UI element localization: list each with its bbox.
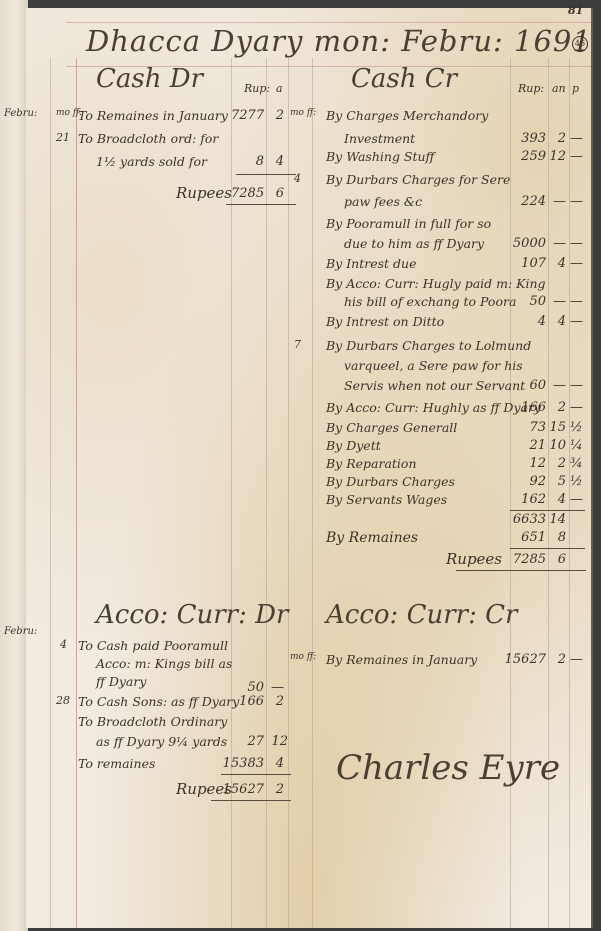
total-rupees: 7285 [486,552,546,567]
entry-text: By Remaines in January [326,652,477,667]
entry-rupees: 60 [496,378,546,393]
entry-text: To Broadcloth ord: for [78,131,218,146]
entry-day: 4 [294,172,301,185]
subtotal-rule [510,510,585,511]
entry-annas: — [548,294,566,309]
entry-text: By Dyett [326,438,381,453]
column-line [50,58,51,928]
total-annas: 6 [548,552,566,567]
entry-text: By Pooramull in full for so [326,216,491,231]
page-title: Dhacca Dyary mon: Febru: 1691 [86,24,592,58]
col-header-annas: a [276,82,283,95]
entry-pice: — [570,194,582,209]
entry-pice: — [570,652,582,667]
subtotal-annas: 14 [548,512,566,527]
entry-pice: — [570,236,582,251]
entry-annas: 5 [548,474,566,489]
entry-pice: — [570,378,582,393]
total-rule [221,774,291,775]
ledger-page: Dhacca Dyary mon: Febru: 1691 81 46 Cash… [26,8,593,928]
folio-number: 81 [568,4,583,17]
entry-text: ff Dyary [96,674,146,689]
col-header-rupees: Rup: [518,82,544,95]
acco-credit-heading: Acco: Curr: Cr [326,600,517,630]
total-rule [236,174,296,175]
entry-text: 1½ yards sold for [96,154,207,169]
entry-rupees: 162 [496,492,546,507]
total-rupees: 15627 [216,782,264,797]
subtotal-rupees: 6633 [486,512,546,527]
entry-pice: — [570,131,582,146]
entry-annas: 12 [266,734,288,749]
entry-text: To remaines [78,756,155,771]
entry-annas: 4 [548,314,566,329]
entry-rupees: 393 [496,131,546,146]
entry-rupees: 12 [496,456,546,471]
entry-rupees: 7277 [231,108,264,123]
entry-pice: — [570,314,582,329]
entry-rupees: 224 [496,194,546,209]
entry-text: varqueel, a Sere paw for his [344,358,523,373]
entry-rupees: 73 [496,420,546,435]
entry-annas: 15 [548,420,566,435]
entry-annas: — [270,680,284,695]
entry-pice: ½ [570,420,582,435]
entry-text: By Acco: Curr: Hugly paid m: King [326,276,546,291]
entry-annas: 2 [548,456,566,471]
col-header-pice: p [572,82,579,95]
entry-annas: — [548,378,566,393]
entry-annas: 4 [548,492,566,507]
entry-rupees: 166 [231,694,264,709]
entry-text: To Cash Sons: as ff Dyary [78,694,239,709]
entry-annas: 2 [548,652,566,667]
entry-text: By Charges Merchandory [326,108,488,123]
entry-day: mo ff: [290,108,316,118]
entry-day: 4 [60,638,67,651]
entry-text: as ff Dyary 9¼ yards [96,734,227,749]
entry-text: By Washing Stuff [326,149,434,164]
entry-day: mo ff: [290,652,316,662]
entry-text: To Broadcloth Ordinary [78,714,227,729]
margin-month: Febru: [4,108,37,119]
entry-annas: 10 [548,438,566,453]
entry-rupees: 259 [496,149,546,164]
entry-rupees: 27 [231,734,264,749]
entry-day: 28 [56,694,70,707]
entry-text: Acco: m: Kings bill as [96,656,232,671]
entry-rupees: 8 [231,154,264,169]
cash-debit-heading: Cash Dr [96,64,203,94]
entry-text: By Durbars Charges for Sere [326,172,510,187]
ruled-line [66,22,591,23]
acco-debit-heading: Acco: Curr: Dr [96,600,288,630]
entry-pice: ¼ [570,438,582,453]
total-rule [456,570,586,571]
entry-text: By Durbars Charges [326,474,455,489]
entry-text: paw fees &c [344,194,422,209]
entry-text: To Remaines in January [78,108,228,123]
entry-annas: 2 [270,108,284,123]
margin-month: Febru: [4,626,37,637]
book-spine [0,0,28,931]
column-line [288,58,289,928]
entry-rupees: 21 [496,438,546,453]
margin-line [76,58,77,928]
entry-rupees: 166 [496,400,546,415]
entry-rupees: 92 [496,474,546,489]
entry-pice: — [570,149,582,164]
total-rupees: 7285 [231,186,264,201]
total-annas: 2 [270,782,284,797]
entry-text: By Intrest on Ditto [326,314,444,329]
total-rule [211,800,291,801]
col-header-annas: an [552,82,566,95]
entry-text: By Durbars Charges to Lolmund [326,338,531,353]
col-header-rupees: Rup: [244,82,270,95]
entry-annas: 2 [548,400,566,415]
entry-text: By Charges Generall [326,420,457,435]
entry-annas: 12 [548,149,566,164]
entry-rupees: 50 [231,680,264,695]
remains-label: By Remaines [326,530,418,546]
entry-rupees: 15383 [216,756,264,771]
signature: Charles Eyre [336,748,560,788]
circled-number: 46 [572,36,588,52]
total-rule [510,548,585,549]
entry-pice: — [570,256,582,271]
entry-text: his bill of exchang to Poora [344,294,516,309]
remains-annas: 8 [548,530,566,545]
entry-annas: 4 [270,756,284,771]
entry-annas: — [548,194,566,209]
entry-rupees: 107 [496,256,546,271]
entry-text: due to him as ff Dyary [344,236,484,251]
entry-annas: 2 [548,131,566,146]
cash-credit-heading: Cash Cr [351,64,457,94]
entry-pice: ¾ [570,456,582,471]
remains-rupees: 651 [496,530,546,545]
entry-text: By Intrest due [326,256,416,271]
entry-pice: — [570,400,582,415]
entry-pice: — [570,492,582,507]
entry-day: 21 [56,131,70,144]
entry-rupees: 50 [496,294,546,309]
column-line [266,58,267,928]
entry-day: 7 [294,338,301,351]
entry-text: Investment [344,131,415,146]
entry-rupees: 4 [496,314,546,329]
entry-annas: 4 [270,154,284,169]
total-annas: 6 [270,186,284,201]
total-label: Rupees [176,184,232,202]
entry-annas: 4 [548,256,566,271]
total-rule [226,204,296,205]
entry-rupees: 5000 [496,236,546,251]
entry-text: By Reparation [326,456,417,471]
entry-rupees: 15627 [486,652,546,667]
entry-text: By Servants Wages [326,492,447,507]
entry-annas: 2 [270,694,284,709]
entry-annas: — [548,236,566,251]
entry-text: To Cash paid Pooramull [78,638,228,653]
entry-pice: — [570,294,582,309]
entry-pice: ½ [570,474,582,489]
column-line [312,58,313,928]
